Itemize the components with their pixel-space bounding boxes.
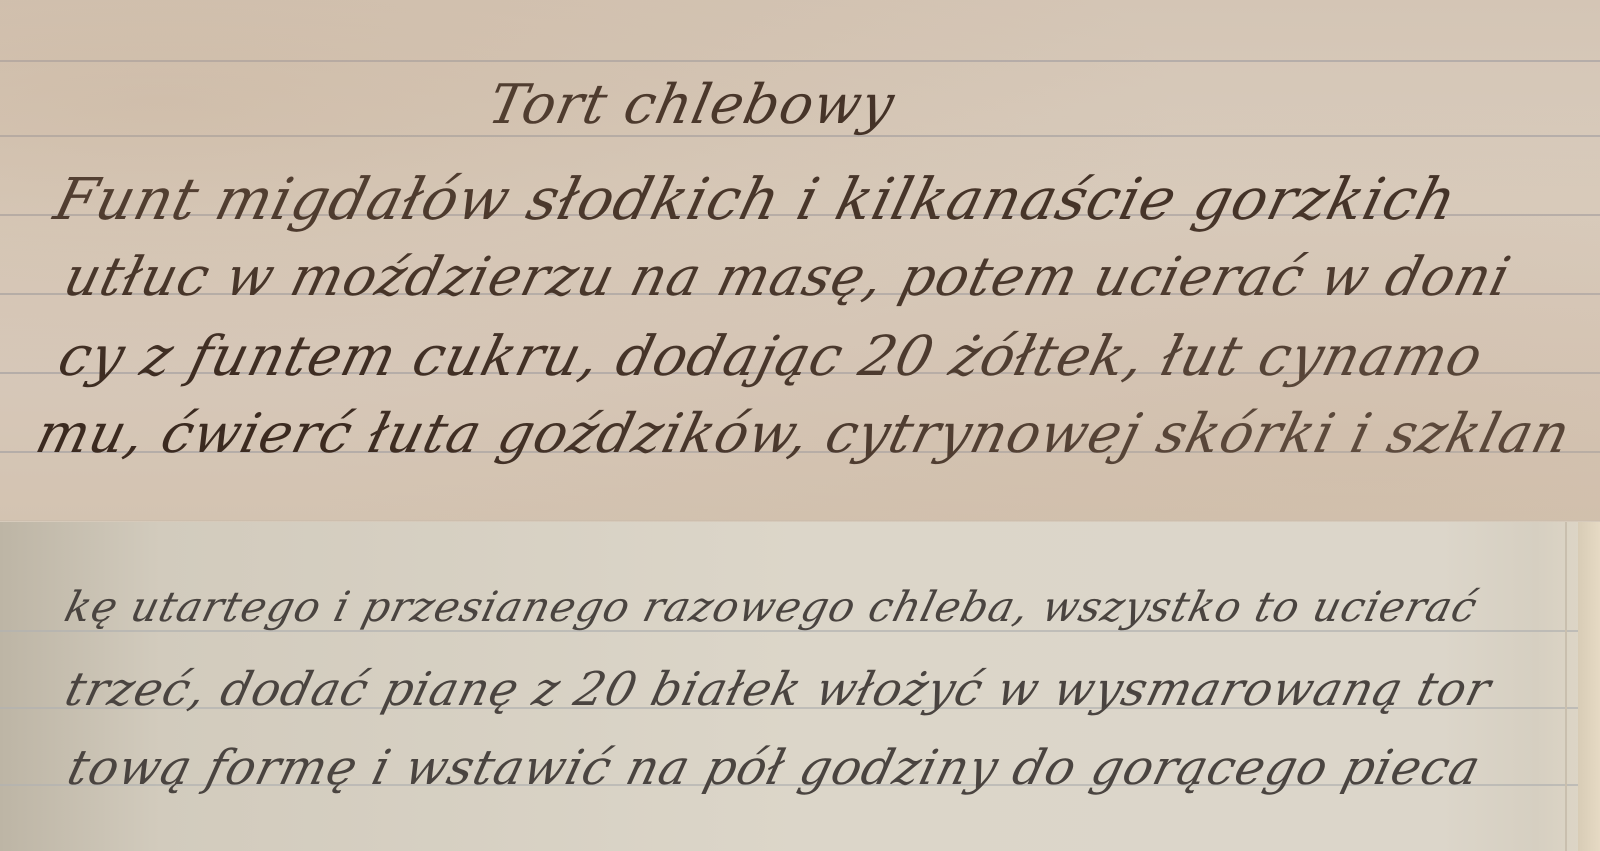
handwritten-line-6: trzeć, dodać pianę z 20 białek włożyć w … [60, 662, 1497, 716]
handwritten-line-1: Funt migdałów słodkich i kilkanaście gor… [48, 165, 1464, 233]
handwritten-line-4: mu, ćwierć łuta goździków, cytrynowej sk… [30, 402, 1577, 465]
page-margin-line [1565, 522, 1567, 851]
handwritten-line-7: tową formę i wstawić na pół godziny do g… [62, 740, 1486, 796]
handwritten-line-5: kę utartego i przesianego razowego chleb… [60, 582, 1483, 631]
page-edge [1578, 522, 1600, 851]
handwritten-line-2: utłuc w moździerzu na masę, potem uciera… [58, 245, 1517, 308]
handwritten-line-3: cy z funtem cukru, dodając 20 żółtek, łu… [52, 325, 1490, 389]
ruled-line [0, 60, 1600, 62]
bottom-page-photo: kę utartego i przesianego razowego chleb… [0, 522, 1600, 851]
recipe-title: Tort chlebowy [483, 72, 900, 136]
top-page-photo: Tort chlebowy Funt migdałów słodkich i k… [0, 0, 1600, 522]
